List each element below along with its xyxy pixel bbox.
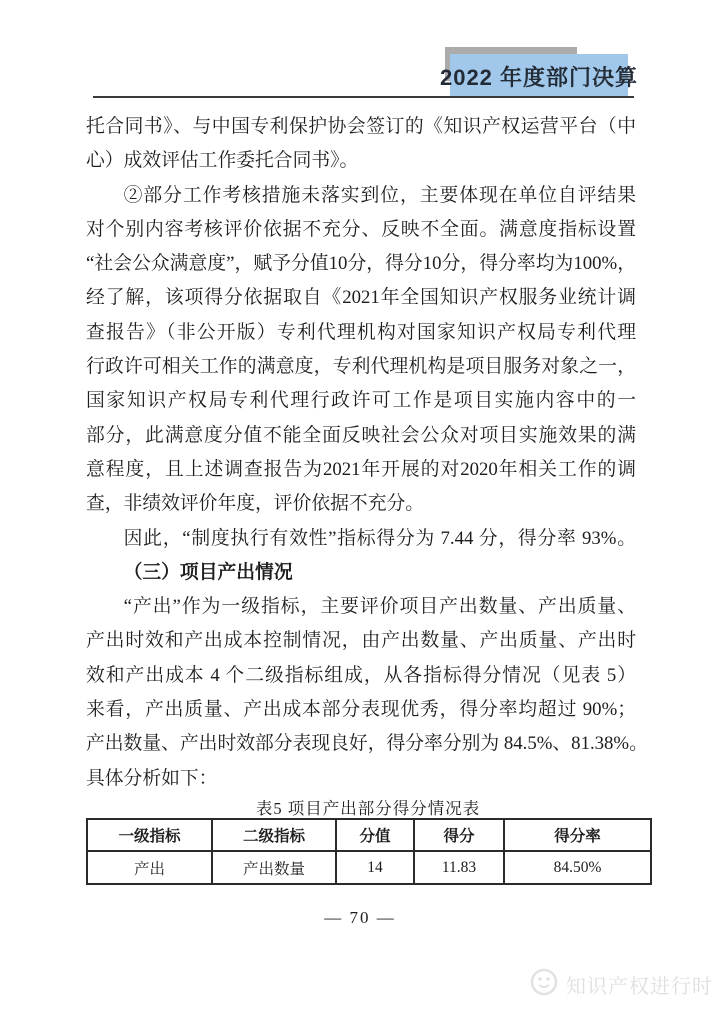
table-header-row: 一级指标 二级指标 分值 得分 得分率 [87, 819, 651, 851]
page-number: — 70 — [0, 908, 720, 928]
body-line: 对个别内容考核评价依据不充分、反映不全面。满意度指标设置 [86, 213, 636, 247]
body-line: 产出时效和产出成本控制情况，由产出数量、产出质量、产出时 [86, 624, 636, 658]
body-line: “社会公众满意度”，赋予分值10分，得分10分，得分率均为100%， [86, 247, 636, 281]
body-line: ②部分工作考核措施未落实到位，主要体现在单位自评结果 [86, 179, 636, 213]
body-line: 部分，此满意度分值不能全面反映社会公众对项目实施效果的满 [86, 419, 636, 453]
table-row: 产出 产出数量 14 11.83 84.50% [87, 851, 651, 884]
watermark-text: 知识产权进行时 [566, 970, 713, 999]
body-line: 来看，产出质量、产出成本部分表现优秀，得分率均超过 90%； [86, 693, 636, 727]
body-line: 查，非绩效评价年度，评价依据不充分。 [86, 487, 636, 521]
body-line: 心）成效评估工作委托合同书》。 [86, 144, 636, 178]
header-cell-level2: 二级指标 [212, 819, 336, 851]
body-line: 国家知识产权局专利代理行政许可工作是项目实施内容中的一 [86, 384, 636, 418]
body-line: 产出数量、产出时效部分表现良好，得分率分别为 84.5%、81.38%。 [86, 727, 636, 761]
body-line: 因此，“制度执行有效性”指标得分为 7.44 分，得分率 93%。 [86, 522, 636, 556]
header-rule [93, 96, 634, 98]
header-cell-level1: 一级指标 [87, 819, 212, 851]
body-line: 托合同书》、与中国专利保护协会签订的《知识产权运营平台（中 [86, 110, 636, 144]
body-line: 经了解，该项得分依据取自《2021年全国知识产权服务业统计调 [86, 281, 636, 315]
cell-rate: 84.50% [504, 851, 651, 884]
cell-score: 14 [336, 851, 414, 884]
cell-level1: 产出 [87, 851, 212, 884]
body-line: 具体分析如下： [86, 762, 636, 796]
body-line: 行政许可相关工作的满意度，专利代理机构是项目服务对象之一， [86, 350, 636, 384]
body-text: 托合同书》、与中国专利保护协会签订的《知识产权运营平台（中 心）成效评估工作委托… [86, 110, 636, 796]
header-cell-score: 分值 [336, 819, 414, 851]
section-heading: （三）项目产出情况 [86, 556, 636, 590]
cell-level2: 产出数量 [212, 851, 336, 884]
body-line: “产出”作为一级指标，主要评价项目产出数量、产出质量、 [86, 590, 636, 624]
body-line: 效和产出成本 4 个二级指标组成，从各指标得分情况（见表 5） [86, 659, 636, 693]
watermark: 知识产权进行时 [527, 966, 713, 1003]
table-caption: 表5 项目产出部分得分情况表 [86, 795, 650, 815]
header-cell-rate: 得分率 [504, 819, 651, 851]
document-page: 2022 年度部门决算 托合同书》、与中国专利保护协会签订的《知识产权运营平台（… [0, 0, 720, 1018]
header-title: 2022 年度部门决算 [440, 61, 638, 92]
wechat-logo-icon [527, 966, 561, 1003]
cell-points: 11.83 [414, 851, 504, 884]
header-title-box: 2022 年度部门决算 [450, 54, 628, 98]
body-line: 查报告》（非公开版）专利代理机构对国家知识产权局专利代理 [86, 316, 636, 350]
score-table: 一级指标 二级指标 分值 得分 得分率 产出 产出数量 14 11.83 84.… [86, 818, 652, 885]
header-cell-points: 得分 [414, 819, 504, 851]
body-line: 意程度，且上述调查报告为2021年开展的对2020年相关工作的调 [86, 453, 636, 487]
